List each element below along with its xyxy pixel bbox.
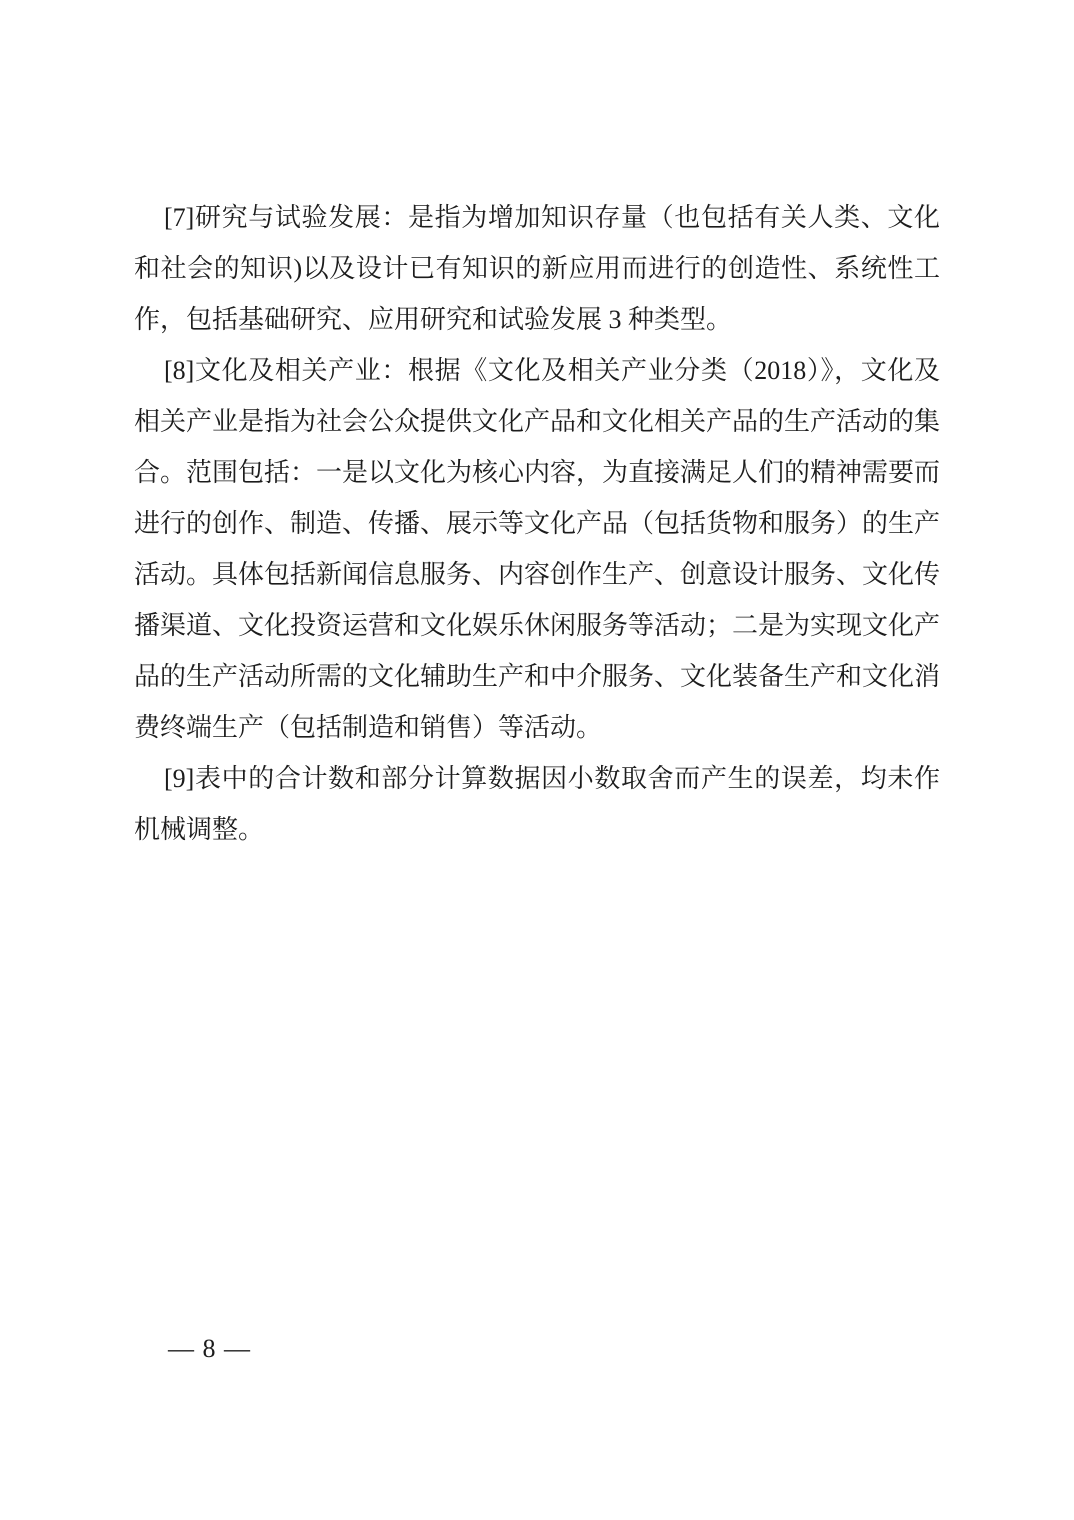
page-number: — 8 — xyxy=(168,1334,251,1364)
footnotes-section: [7]研究与试验发展：是指为增加知识存量（也包括有关人类、文化和社会的知识)以及… xyxy=(134,192,940,855)
footnote-8: [8]文化及相关产业：根据《文化及相关产业分类（2018）》，文化及相关产业是指… xyxy=(134,345,940,753)
footnote-9: [9]表中的合计数和部分计算数据因小数取舍而产生的误差，均未作机械调整。 xyxy=(134,753,940,855)
document-page: [7]研究与试验发展：是指为增加知识存量（也包括有关人类、文化和社会的知识)以及… xyxy=(0,0,1074,1520)
footnote-7: [7]研究与试验发展：是指为增加知识存量（也包括有关人类、文化和社会的知识)以及… xyxy=(134,192,940,345)
